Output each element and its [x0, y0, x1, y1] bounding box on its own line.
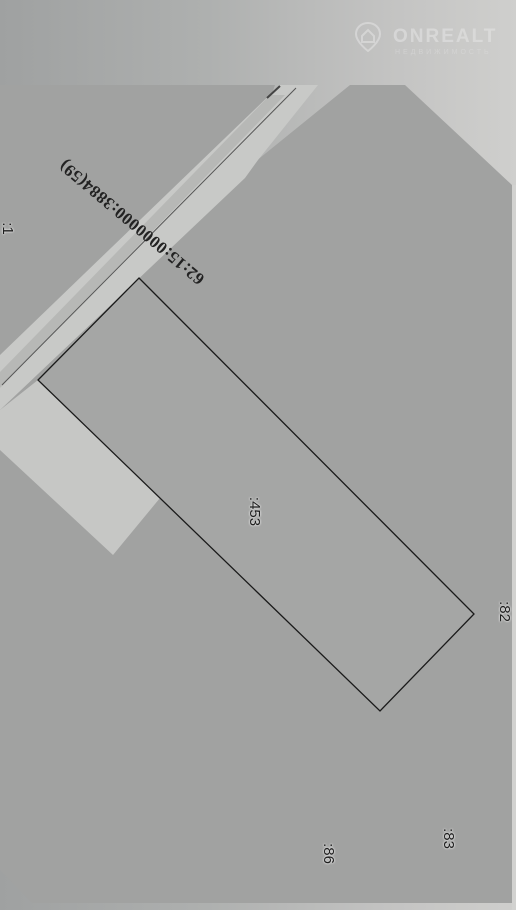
parcel-label-82[interactable]: :82	[496, 601, 513, 622]
map-right-edge	[512, 185, 516, 910]
parcel-label-86[interactable]: :86	[320, 843, 337, 864]
house-pin-icon	[355, 22, 381, 52]
watermark-brand: ONREALT	[393, 26, 497, 48]
parcel-label-453[interactable]: :453	[246, 497, 263, 526]
parcel-label-1[interactable]: :1	[0, 222, 16, 235]
cadastral-map	[0, 0, 516, 910]
watermark-tagline: НЕДВИЖИМОСТЬ	[395, 49, 492, 56]
parcel-label-83[interactable]: :83	[440, 828, 457, 849]
onrealt-watermark: ONREALT НЕДВИЖИМОСТЬ	[355, 20, 515, 60]
